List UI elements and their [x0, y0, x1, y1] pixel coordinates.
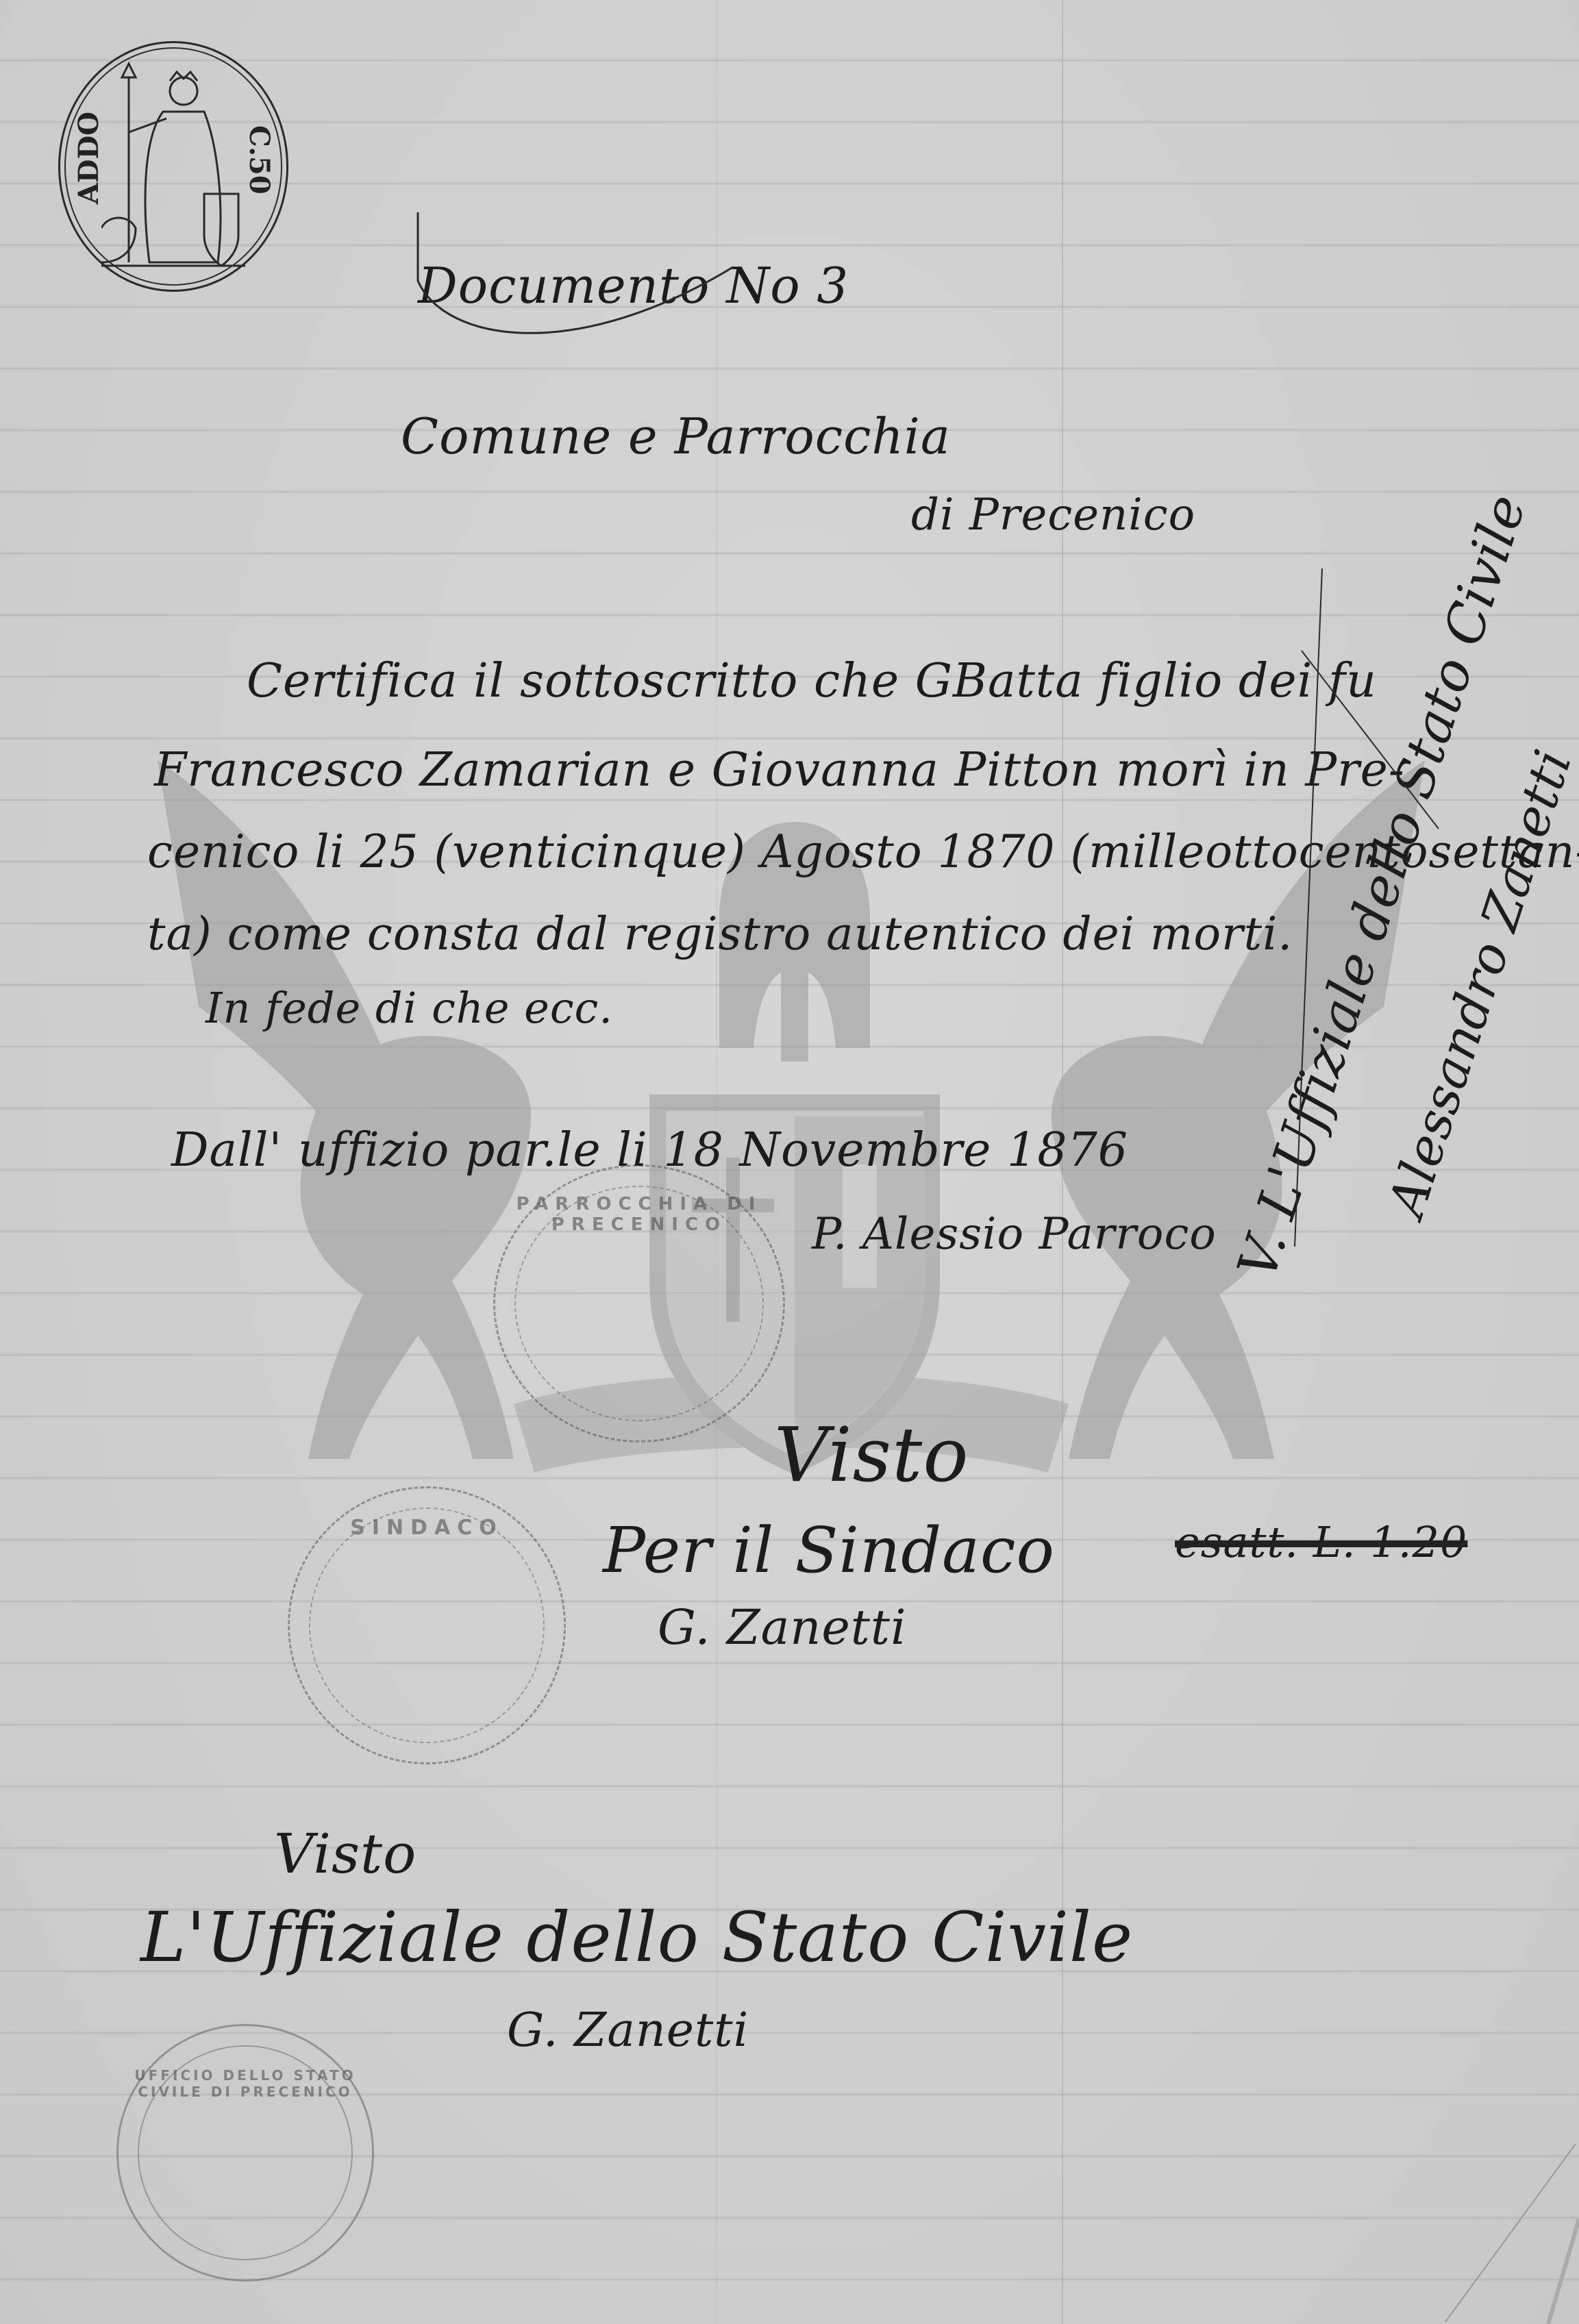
visto-sindaco-title: Visto — [774, 1411, 969, 1499]
allegorical-figure-icon — [101, 57, 245, 276]
heading-flourish-icon — [404, 205, 760, 356]
uffiziale-signature: G. Zanetti — [507, 2003, 749, 2058]
revenue-stamp: ADDO C.50 — [58, 41, 288, 292]
body-line-2: Francesco Zamarian e Giovanna Pitton mor… — [154, 743, 1405, 797]
visto-uffiziale-title: Visto — [274, 1822, 416, 1886]
parish-stamp: PARROCCHIA DI PRECENICO — [493, 1164, 785, 1442]
revenue-stamp-value: C.50 — [243, 125, 275, 195]
date-line: Dall' uffizio par.le li 18 Novembre 1876 — [171, 1123, 1128, 1177]
sindaco-signature: G. Zanetti — [658, 1599, 906, 1655]
visto-uffiziale-line: L'Uffiziale dello Stato Civile — [140, 1897, 1133, 1977]
body-line-1: Certifica il sottoscritto che GBatta fig… — [247, 654, 1377, 708]
visto-sindaco-line: Per il Sindaco — [603, 1514, 1055, 1587]
margin-flourish-icon — [1281, 568, 1445, 1253]
issuer-line-2: di Precenico — [911, 490, 1195, 540]
parroco-signature: P. Alessio Parroco — [812, 1209, 1217, 1260]
body-closing: In fede di che ecc. — [206, 983, 613, 1033]
municipal-stamp: SINDACO — [288, 1486, 566, 1764]
civil-status-stamp: UFFICIO DELLO STATO CIVILE DI PRECENICO — [116, 2024, 374, 2282]
issuer-line-1: Comune e Parrocchia — [401, 408, 951, 465]
corner-fold-icon — [1439, 2144, 1579, 2324]
crossed-fee-note: esatt. L. 1.20 — [1175, 1517, 1467, 1567]
body-line-4: ta) come consta dal registro autentico d… — [147, 908, 1293, 960]
revenue-stamp-left-text: ADDO — [73, 112, 105, 204]
